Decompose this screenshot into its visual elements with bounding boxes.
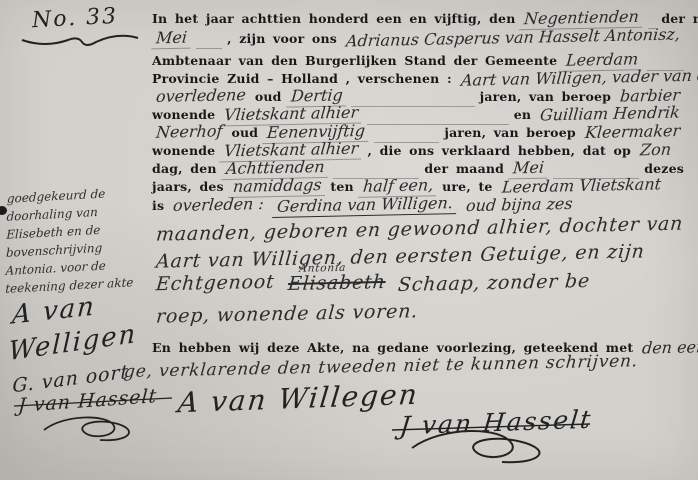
handwritten-registrar-name: Adrianus Casperus van Hasselt Antonisz,	[341, 24, 685, 51]
printed-text: der maand	[424, 161, 504, 176]
printed-text: ten	[330, 179, 353, 194]
act-number: No. 33	[31, 4, 118, 33]
printed-text: en	[514, 107, 531, 122]
mother-surname: Schaap, zonder be	[393, 270, 595, 297]
body-line-15: roep, wonende als voren.	[151, 294, 698, 329]
margin-signature-witness-1: A van	[11, 291, 97, 330]
printed-text: is	[152, 198, 164, 213]
blank-rule	[196, 28, 222, 49]
printed-text: , zijn voor ons	[227, 31, 337, 46]
body-line-14: Echtgenoot Antonia Elisabeth Schaap, zon…	[152, 272, 684, 295]
printed-text: wonende	[152, 107, 215, 122]
printed-text: wonende	[152, 143, 215, 158]
printed-text: jaren, van beroep	[444, 125, 575, 140]
printed-text: oud	[255, 89, 282, 104]
handwritten-month: Mei	[151, 28, 192, 50]
handwritten-text: Echtgenoot	[151, 271, 279, 297]
printed-text: Provincie Zuid – Holland , verschenen :	[152, 71, 452, 86]
printed-text: In het jaar achttien honderd een en vijf…	[152, 11, 515, 26]
signature-flourish	[392, 418, 592, 468]
printed-text: dag, den	[152, 161, 217, 176]
deceased-name: Gerdina van Willigen.	[272, 193, 458, 218]
margin-signature-flourish	[14, 388, 174, 448]
signature-witness: A van Willegen	[176, 378, 420, 420]
handwritten-text: overleden :	[168, 194, 269, 216]
corrected-name: Antonia	[298, 262, 346, 275]
handwritten-age-deceased: oud bijna zes	[461, 194, 577, 216]
margin-note: goedgekeurd de doorhaling van Elisebeth …	[5, 182, 153, 298]
printed-text: jaars, des	[152, 179, 224, 194]
printed-text: jaren, van beroep	[480, 89, 611, 104]
printed-text: ure, te	[442, 179, 492, 194]
printed-text: oud	[231, 125, 258, 140]
body-line-2: Mei , zijn voor ons Adrianus Casperus va…	[152, 28, 684, 49]
printed-text: Ambtenaar van den Burgerlijken Stand der…	[152, 53, 557, 68]
mother-name-correction: Antonia Elisabeth	[283, 271, 391, 296]
printed-text: , die ons verklaard hebben, dat op	[367, 143, 631, 158]
act-number-flourish	[20, 32, 140, 48]
death-certificate-scan: No. 33 In het jaar achttien honderd een …	[0, 0, 698, 480]
body-line-11: is overleden : Gerdina van Willigen. oud…	[152, 195, 684, 216]
